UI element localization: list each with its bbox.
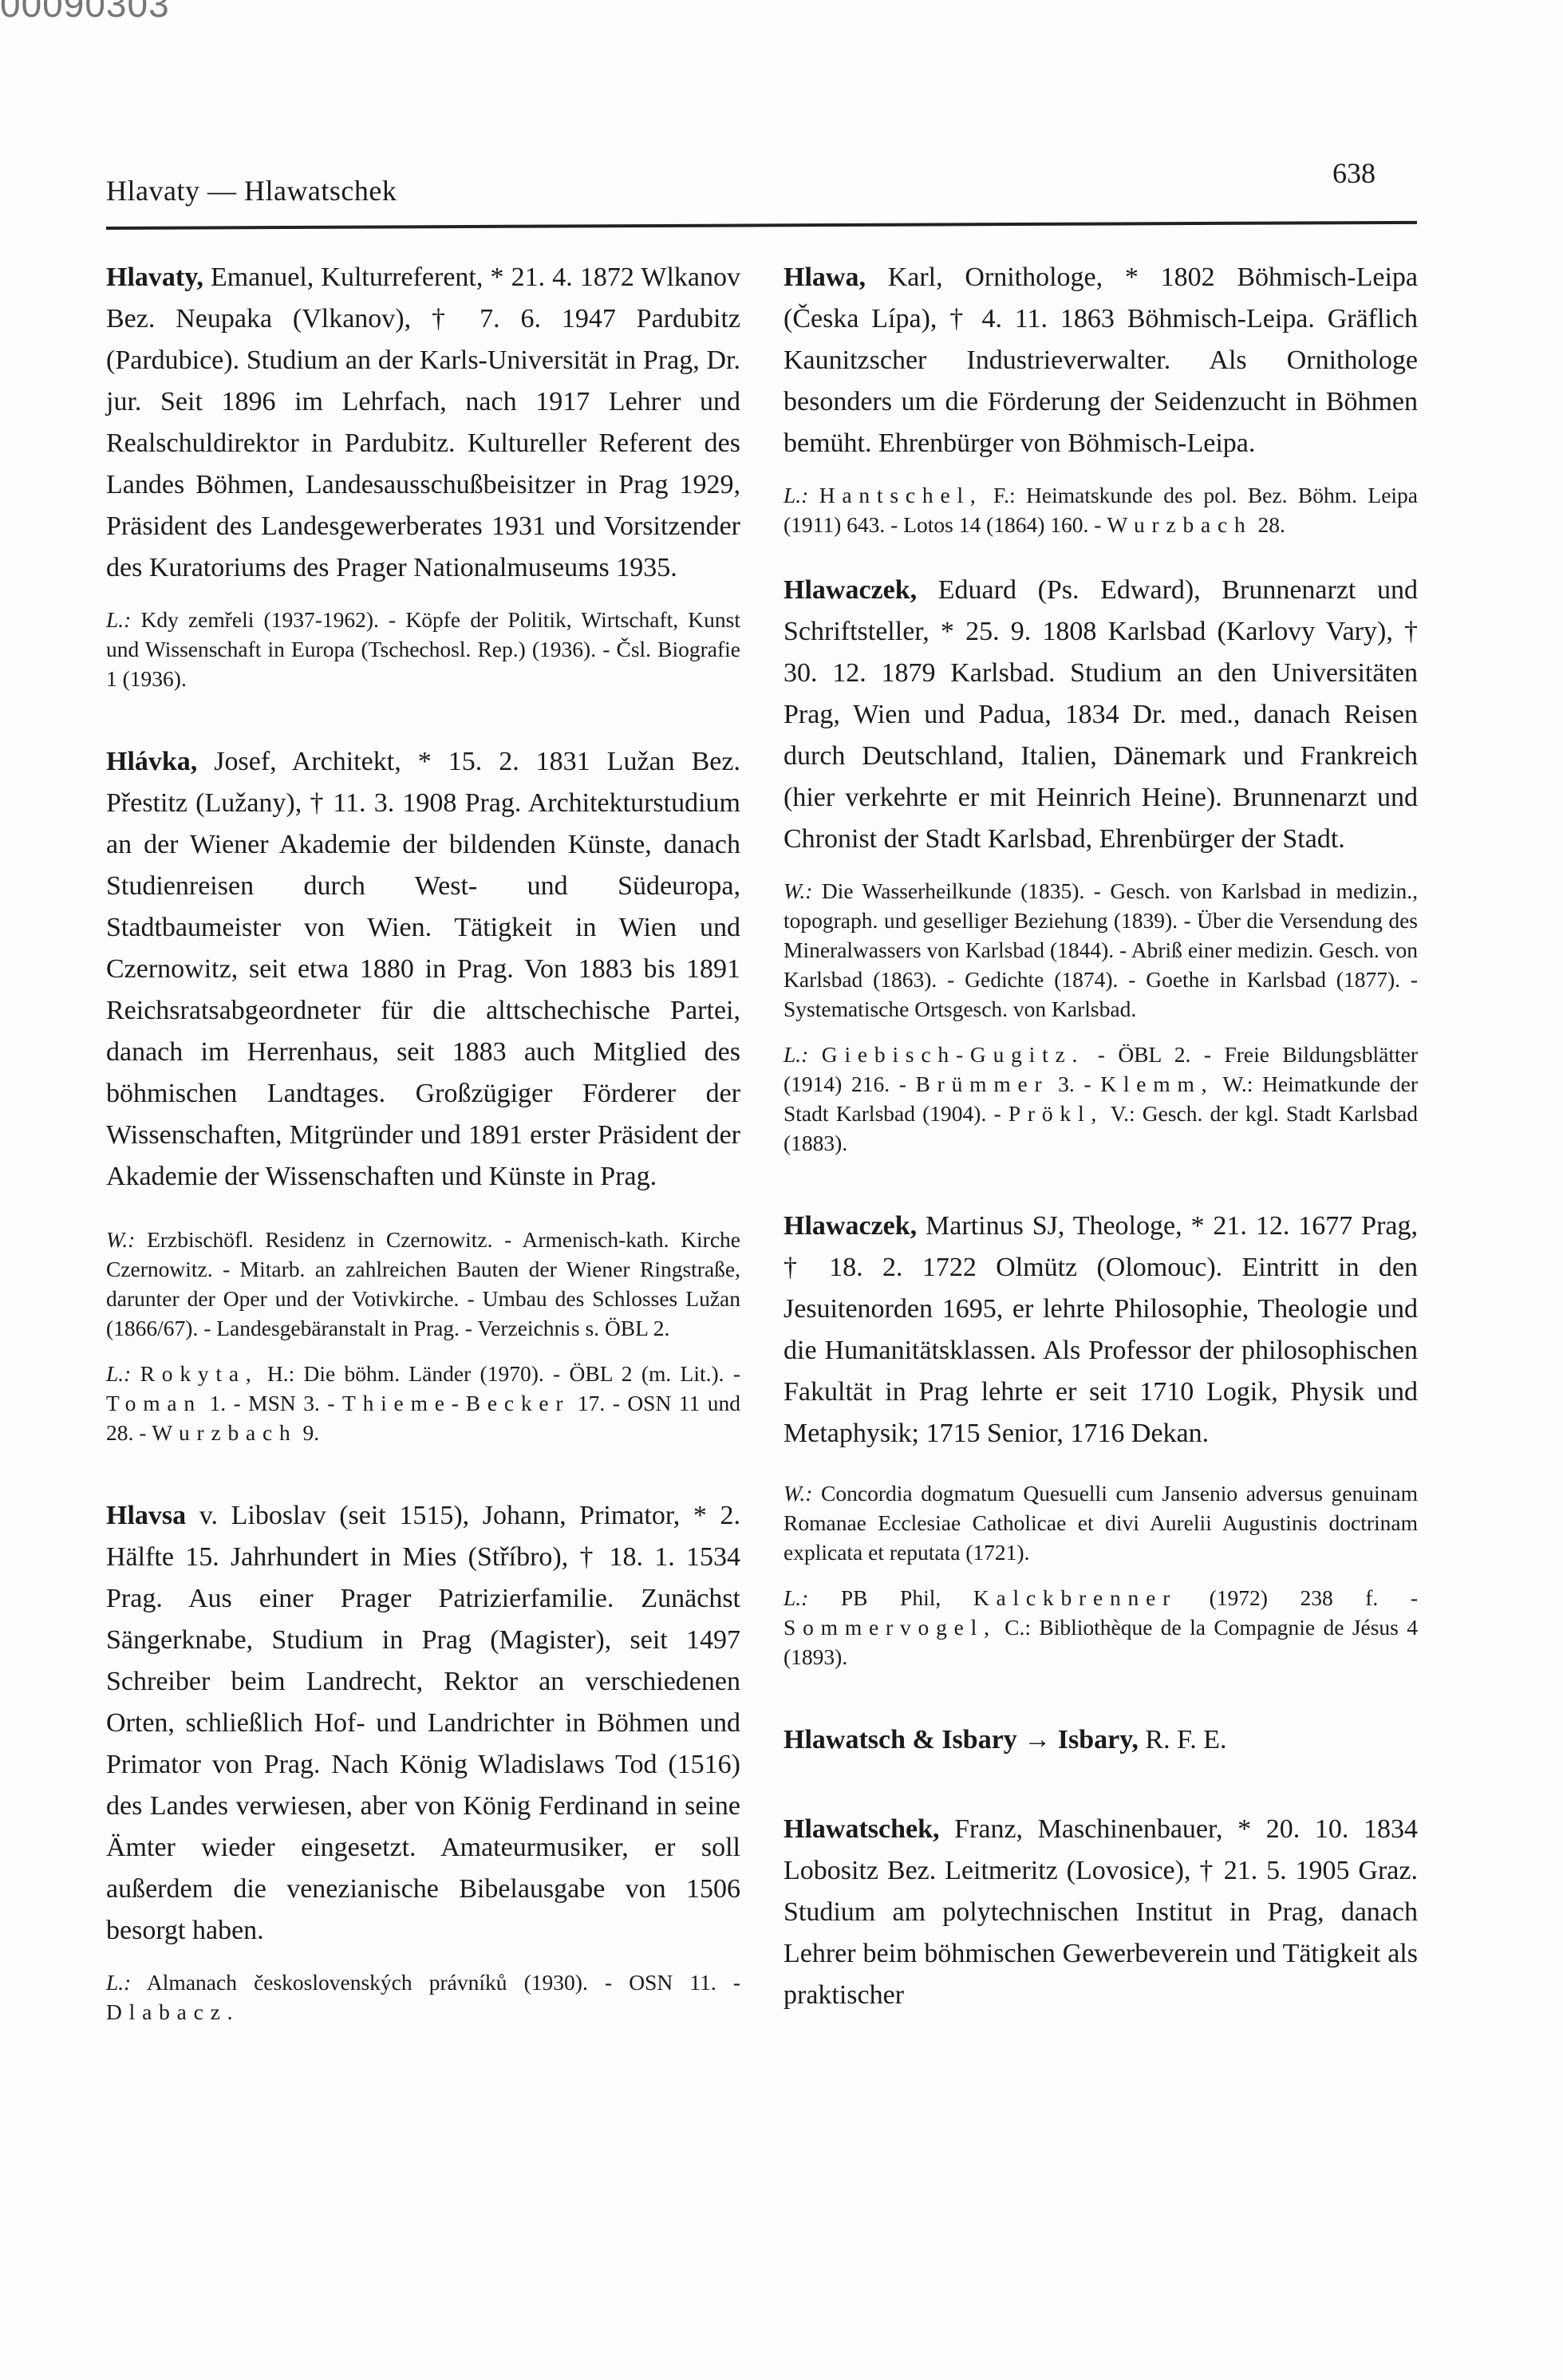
scan-id: 00090303 — [0, 0, 170, 26]
works-tag: W.: — [106, 1227, 135, 1252]
literature: L.: Rokyta, H.: Die böhm. Länder (1970).… — [106, 1359, 740, 1447]
literature-tag: L.: — [106, 607, 131, 632]
entry-hlawa-karl: Hlawa, Karl, Ornithologe, * 1802 Böhmisc… — [783, 257, 1418, 539]
entry-lemma: Hlawatschek, — [783, 1814, 940, 1844]
works-text: Die Wasserheilkunde (1835). - Gesch. von… — [783, 878, 1418, 1021]
literature: L.: Kdy zemřeli (1937-1962). - Köpfe der… — [106, 605, 740, 693]
entry-hlavsa-johann: Hlavsa v. Liboslav (seit 1515), Johann, … — [106, 1495, 740, 2027]
entry-body: Hlawa, Karl, Ornithologe, * 1802 Böhmisc… — [783, 257, 1418, 464]
entry-lemma: Hlavaty, — [106, 262, 203, 292]
entry-body: Hlávka, Josef, Architekt, * 15. 2. 1831 … — [106, 741, 740, 1198]
lit-text: Almanach československých právníků (1930… — [131, 1970, 740, 1995]
lit-author: Kalckbrenner — [973, 1585, 1177, 1610]
lit-author: Klemm, — [1100, 1072, 1214, 1096]
entry-text: Martinus SJ, Theologe, * 21. 12. 1677 Pr… — [783, 1211, 1418, 1448]
works-text: Concordia dogmatum Quesuelli cum Janseni… — [783, 1481, 1418, 1565]
literature-tag: L.: — [783, 483, 808, 507]
entry-lemma: Hlavsa — [106, 1501, 186, 1530]
page-number: 638 — [1332, 156, 1376, 190]
lit-author: Hantschel, — [819, 483, 983, 507]
lit-author: Sommervogel, — [783, 1615, 997, 1640]
literature: L.: PB Phil, Kalckbrenner (1972) 238 f. … — [783, 1583, 1418, 1672]
lit-text: (1972) 238 f. - — [1177, 1585, 1418, 1610]
entry-text: Karl, Ornithologe, * 1802 Böhmisch-Leipa… — [783, 262, 1418, 458]
lit-author: Brümmer — [916, 1072, 1049, 1096]
header-rule — [106, 221, 1417, 230]
lit-text: 1. - MSN 3. - — [202, 1391, 342, 1415]
entry-hlawaczek-eduard: Hlawaczek, Eduard (Ps. Edward), Brunnena… — [783, 570, 1418, 1158]
works: W.: Die Wasserheilkunde (1835). - Gesch.… — [783, 876, 1418, 1024]
literature: L.: Hantschel, F.: Heimatskunde des pol.… — [783, 480, 1418, 539]
literature-tag: L.: — [106, 1361, 131, 1386]
lit-author: Dlabacz. — [106, 1999, 239, 2024]
xref-tail: R. F. E. — [1139, 1725, 1227, 1754]
lit-text: 28. — [1253, 512, 1285, 537]
left-column: Hlavaty, Emanuel, Kulturreferent, * 21. … — [106, 257, 740, 2027]
lit-text: PB Phil, — [808, 1585, 973, 1610]
literature: L.: Almanach československých právníků (… — [106, 1968, 740, 2027]
xref-from: Hlawatsch & Isbary — [783, 1725, 1017, 1754]
entry-hlawaczek-martinus: Hlawaczek, Martinus SJ, Theologe, * 21. … — [783, 1206, 1418, 1672]
works: W.: Erzbischöfl. Residenz in Czernowitz.… — [106, 1225, 740, 1343]
right-column: Hlawa, Karl, Ornithologe, * 1802 Böhmisc… — [783, 257, 1418, 2016]
cross-reference: Hlawatsch & Isbary → Isbary, R. F. E. — [783, 1719, 1418, 1761]
lit-text: H.: Die böhm. Länder (1970). - ÖBL 2 (m.… — [259, 1361, 740, 1386]
entry-hlawatsch-isbary-xref: Hlawatsch & Isbary → Isbary, R. F. E. — [783, 1719, 1418, 1761]
entry-text: v. Liboslav (seit 1515), Johann, Primato… — [106, 1501, 740, 1945]
works-tag: W.: — [783, 1481, 812, 1506]
lit-author: Giebisch-Gugitz. — [822, 1042, 1084, 1067]
xref-to[interactable]: Isbary, — [1058, 1725, 1139, 1754]
entry-text: Josef, Architekt, * 15. 2. 1831 Lužan Be… — [106, 747, 740, 1191]
entry-lemma: Hlawa, — [783, 262, 866, 292]
lit-author: Rokyta, — [140, 1361, 259, 1386]
lit-text: 9. — [298, 1420, 320, 1445]
entry-body: Hlawatschek, Franz, Maschinenbauer, * 20… — [783, 1809, 1418, 2016]
lit-author: Thieme-Becker — [342, 1391, 570, 1415]
works: W.: Concordia dogmatum Quesuelli cum Jan… — [783, 1478, 1418, 1567]
works-text: Erzbischöfl. Residenz in Czernowitz. - A… — [106, 1227, 740, 1340]
entry-body: Hlavaty, Emanuel, Kulturreferent, * 21. … — [106, 257, 740, 589]
literature-tag: L.: — [106, 1970, 131, 1995]
literature-tag: L.: — [783, 1585, 808, 1610]
works-tag: W.: — [783, 878, 812, 903]
arrow-right-icon: → — [1017, 1725, 1058, 1754]
lit-author: Prökl, — [1008, 1101, 1103, 1126]
literature-tag: L.: — [783, 1042, 808, 1067]
entry-body: Hlawaczek, Martinus SJ, Theologe, * 21. … — [783, 1206, 1418, 1454]
lit-text: 3. - — [1049, 1072, 1101, 1096]
entry-body: Hlawaczek, Eduard (Ps. Edward), Brunnena… — [783, 570, 1418, 860]
lit-author: Wurzbach — [152, 1420, 297, 1445]
literature: L.: Giebisch-Gugitz. - ÖBL 2. - Freie Bi… — [783, 1040, 1418, 1158]
entry-body: Hlavsa v. Liboslav (seit 1515), Johann, … — [106, 1495, 740, 1952]
entry-hlawatschek-franz: Hlawatschek, Franz, Maschinenbauer, * 20… — [783, 1809, 1418, 2016]
entry-text: Emanuel, Kulturreferent, * 21. 4. 1872 W… — [106, 262, 740, 582]
entry-lemma: Hlávka, — [106, 747, 197, 776]
lit-author: Toman — [106, 1391, 202, 1415]
entry-lemma: Hlawaczek, — [783, 575, 917, 605]
entry-lemma: Hlawaczek, — [783, 1211, 917, 1241]
lit-author: Wurzbach — [1107, 512, 1252, 537]
entry-hlavka-josef: Hlávka, Josef, Architekt, * 15. 2. 1831 … — [106, 741, 740, 1447]
running-title: Hlavaty — Hlawatschek — [106, 174, 397, 207]
literature-text: Kdy zemřeli (1937-1962). - Köpfe der Pol… — [106, 607, 740, 691]
entry-text: Eduard (Ps. Edward), Brunnenarzt und Sch… — [783, 575, 1418, 854]
entry-hlavaty-emanuel: Hlavaty, Emanuel, Kulturreferent, * 21. … — [106, 257, 740, 693]
